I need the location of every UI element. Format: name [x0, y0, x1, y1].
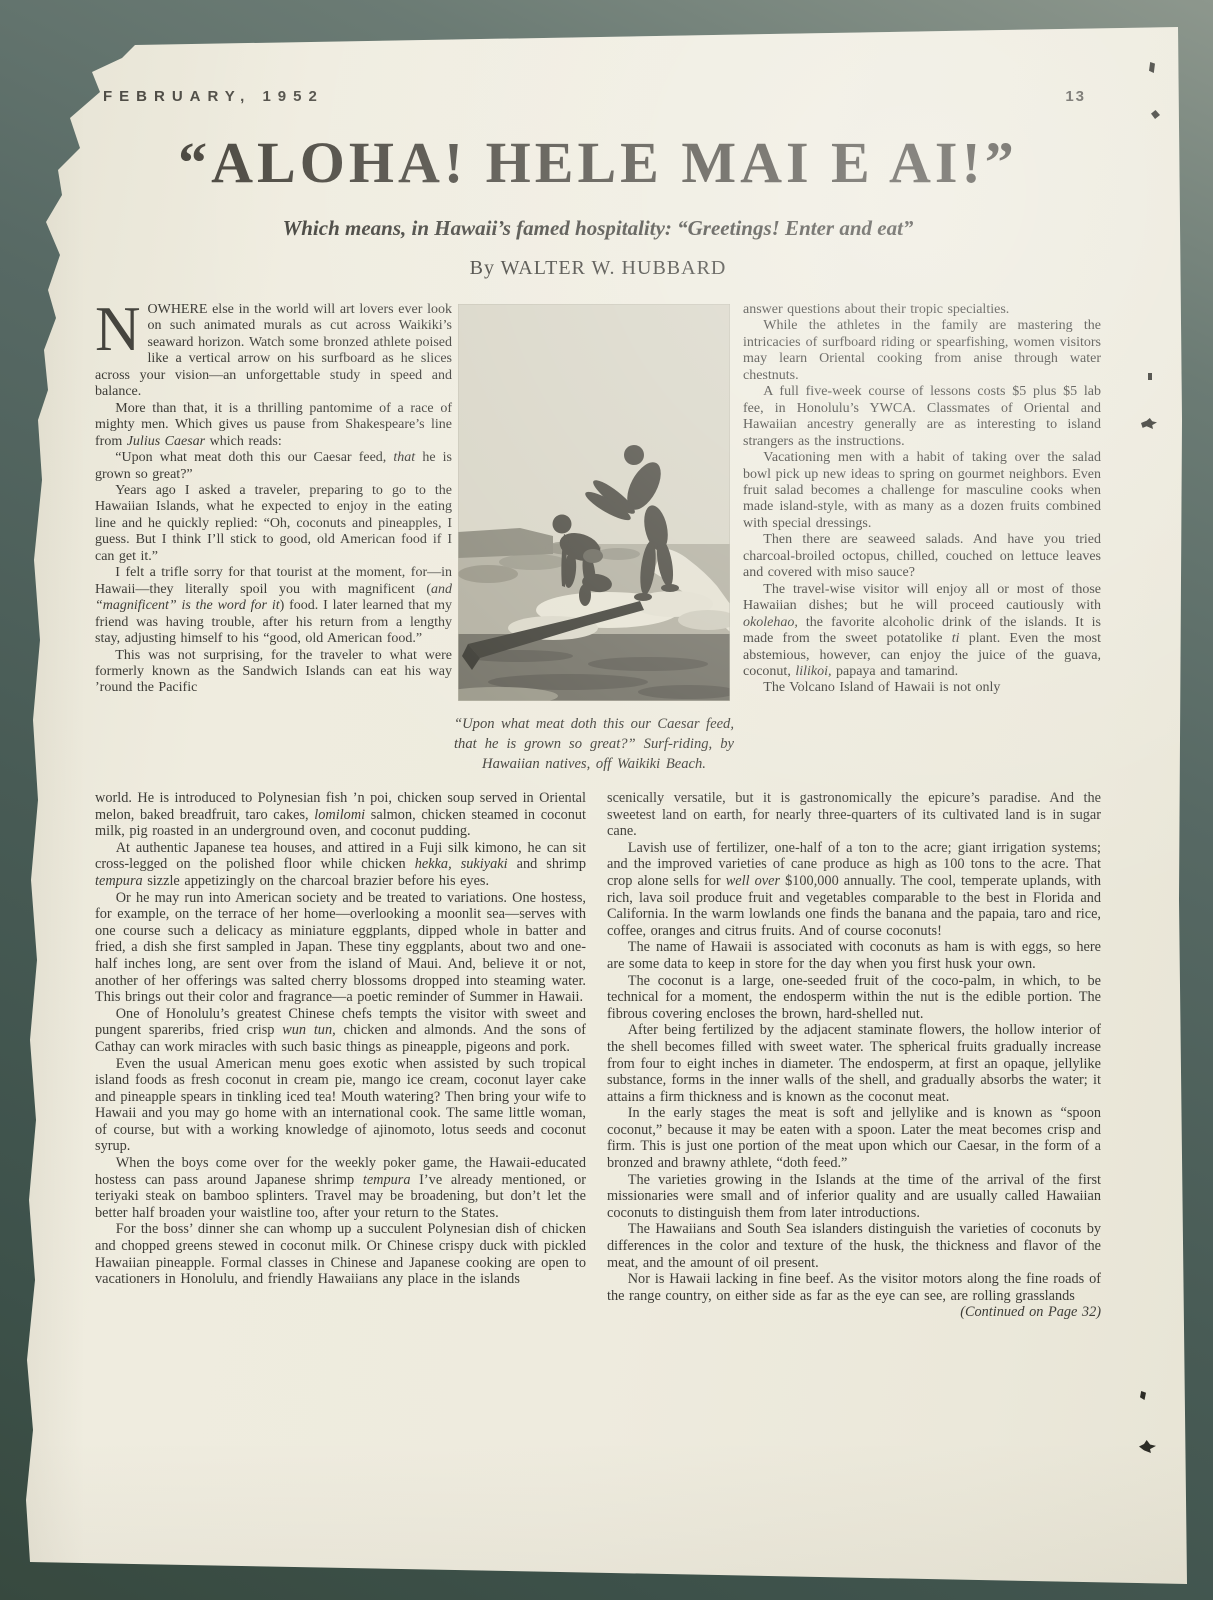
article-paragraph: I felt a trifle sorry for that tourist a… [95, 565, 452, 647]
article-paragraph: The Volcano Island of Hawaii is not only [743, 680, 1101, 696]
article-title: “ALOHA! HELE MAI E AI!” [95, 129, 1101, 196]
article-paragraph: Lavish use of fertilizer, one-half of a … [607, 840, 1101, 940]
article-paragraph: Vacationing men with a habit of taking o… [743, 450, 1101, 532]
article-paragraph: The coconut is a large, one-seeded fruit… [607, 973, 1101, 1023]
article-paragraph: While the athletes in the family are mas… [743, 318, 1101, 384]
paper-flaw-mark [1139, 1440, 1156, 1453]
surf-photo-figure: “Upon what meat doth this our Caesar fee… [452, 302, 736, 774]
top-columns: NOWHERE else in the world will art lover… [95, 302, 1101, 774]
article-paragraph: Years ago I asked a traveler, preparing … [95, 483, 452, 565]
article-paragraph: This was not surprising, for the travele… [95, 648, 452, 697]
paper-flaw-mark [1140, 1391, 1146, 1400]
article-paragraph: More than that, it is a thrilling pantom… [95, 401, 452, 450]
paper-flaw-mark [1148, 373, 1152, 380]
right-column-bottom: scenically versatile, but it is gastrono… [607, 790, 1101, 1321]
continuation-note: (Continued on Page 32) [939, 1304, 1101, 1321]
page-number: 13 [1065, 88, 1101, 105]
page-content: FEBRUARY, 1952 13 “ALOHA! HELE MAI E AI!… [95, 88, 1101, 1321]
article-paragraph: One of Honolulu’s greatest Chinese chefs… [95, 1006, 586, 1056]
drop-cap: N [95, 302, 148, 354]
article-subtitle: Which means, in Hawaii’s famed hospitali… [95, 216, 1101, 241]
issue-date: FEBRUARY, 1952 [95, 88, 324, 105]
article-paragraph: The Hawaiians and South Sea islanders di… [607, 1221, 1101, 1271]
article-paragraph: The name of Hawaii is associated with co… [607, 939, 1101, 972]
article-paragraph: Then there are seaweed salads. And have … [743, 532, 1101, 581]
article-paragraph: After being fertilized by the adjacent s… [607, 1022, 1101, 1105]
article-paragraph: For the boss’ dinner she can whomp up a … [95, 1221, 586, 1287]
magazine-page: FEBRUARY, 1952 13 “ALOHA! HELE MAI E AI!… [0, 0, 1213, 1600]
article-paragraph: Or he may run into American society and … [95, 890, 586, 1006]
article-paragraph: When the boys come over for the weekly p… [95, 1155, 586, 1221]
paper-flaw-mark [1151, 110, 1160, 119]
right-column-top: answer questions about their tropic spec… [743, 302, 1101, 774]
article-paragraph: answer questions about their tropic spec… [743, 302, 1101, 318]
article-paragraph: The varieties growing in the Islands at … [607, 1172, 1101, 1222]
article-paragraph: In the early stages the meat is soft and… [607, 1105, 1101, 1171]
photo-swimsuit-pattern [583, 549, 603, 563]
masthead: FEBRUARY, 1952 13 [95, 88, 1101, 105]
article-paragraph: world. He is introduced to Polynesian fi… [95, 790, 586, 840]
article-paragraph: A full five-week course of lessons costs… [743, 384, 1101, 450]
scanner-backdrop: FEBRUARY, 1952 13 “ALOHA! HELE MAI E AI!… [0, 0, 1213, 1600]
article-paragraph: “Upon what meat doth this our Caesar fee… [95, 450, 452, 483]
article-paragraph: At authentic Japanese tea houses, and at… [95, 840, 586, 890]
paper-flaw-mark [1149, 62, 1155, 73]
article-paragraph: NOWHERE else in the world will art lover… [95, 302, 452, 401]
article-byline: By WALTER W. HUBBARD [95, 257, 1101, 280]
article-paragraph: scenically versatile, but it is gastrono… [607, 790, 1101, 840]
article-paragraph: The travel-wise visitor will enjoy all o… [743, 582, 1101, 681]
article-paragraph: Nor is Hawaii lacking in fine beef. As t… [607, 1271, 1101, 1304]
article-paragraph: Even the usual American menu goes exotic… [95, 1056, 586, 1156]
photo-caption: “Upon what meat doth this our Caesar fee… [454, 714, 734, 774]
left-column-bottom: world. He is introduced to Polynesian fi… [95, 790, 586, 1321]
paper-flaw-mark [1141, 418, 1157, 429]
left-column-top: NOWHERE else in the world will art lover… [95, 302, 452, 774]
surf-photo [458, 304, 730, 701]
bottom-columns: world. He is introduced to Polynesian fi… [95, 790, 1101, 1321]
